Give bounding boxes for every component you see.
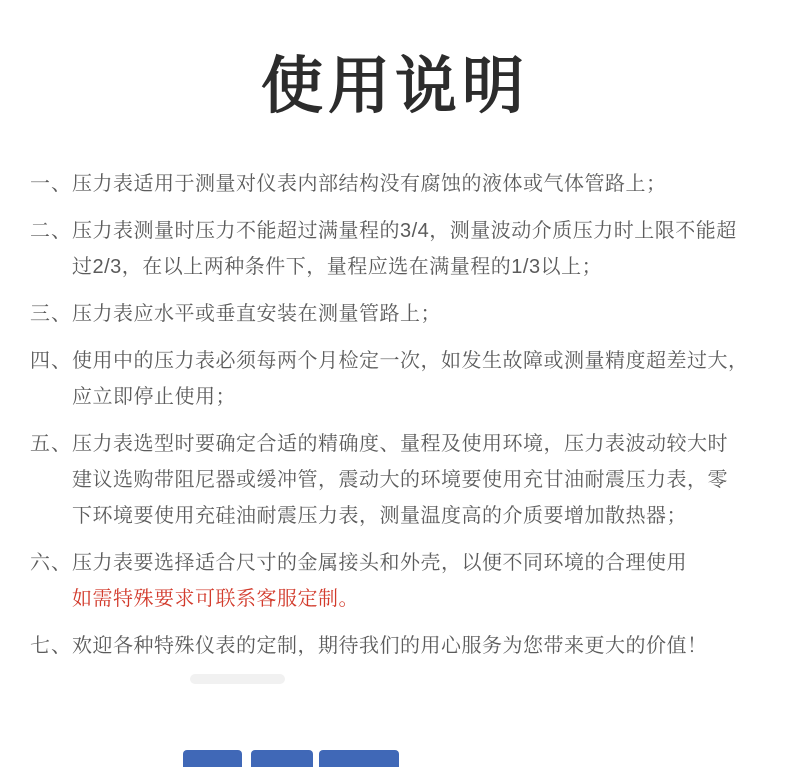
item-text-line: 压力表应水平或垂直安装在测量管路上； xyxy=(72,296,772,332)
item-text: 欢迎各种特殊仪表的定制，期待我们的用心服务为您带来更大的价值！ xyxy=(72,628,772,664)
instruction-item-2: 二、压力表测量时压力不能超过满量程的3/4，测量波动介质压力时上限不能超过2/3… xyxy=(30,213,772,285)
item-text: 使用中的压力表必须每两个月检定一次，如发生故障或测量精度超差过大，应立即停止使用… xyxy=(72,343,772,415)
item-text: 压力表要选择适合尺寸的金属接头和外壳，以便不同环境的合理使用如需特殊要求可联系客… xyxy=(72,545,772,617)
item-number: 二、 xyxy=(30,213,72,249)
partial-badge-3 xyxy=(319,750,399,767)
instruction-item-7: 七、欢迎各种特殊仪表的定制，期待我们的用心服务为您带来更大的价值！ xyxy=(30,628,772,664)
item-number: 七、 xyxy=(30,628,72,664)
usage-instructions-sheet: 使用说明 一、压力表适用于测量对仪表内部结构没有腐蚀的液体或气体管路上；二、压力… xyxy=(0,0,790,767)
item-text-line: 使用中的压力表必须每两个月检定一次，如发生故障或测量精度超差过大， xyxy=(72,343,772,379)
item-text-line: 压力表适用于测量对仪表内部结构没有腐蚀的液体或气体管路上； xyxy=(72,166,772,202)
partial-badge-1 xyxy=(183,750,242,767)
item-text-line: 欢迎各种特殊仪表的定制，期待我们的用心服务为您带来更大的价值！ xyxy=(72,628,772,664)
instruction-item-4: 四、使用中的压力表必须每两个月检定一次，如发生故障或测量精度超差过大，应立即停止… xyxy=(30,343,772,415)
item-number: 五、 xyxy=(30,426,72,462)
page-title: 使用说明 xyxy=(0,0,790,126)
item-text-line: 压力表测量时压力不能超过满量程的3/4，测量波动介质压力时上限不能超 xyxy=(72,213,772,249)
instruction-item-3: 三、压力表应水平或垂直安装在测量管路上； xyxy=(30,296,772,332)
item-text: 压力表测量时压力不能超过满量程的3/4，测量波动介质压力时上限不能超过2/3，在… xyxy=(72,213,772,285)
item-number: 四、 xyxy=(30,343,72,379)
partial-badges-row xyxy=(0,750,790,767)
custom-service-note: 如需特殊要求可联系客服定制。 xyxy=(72,581,772,617)
item-text-line: 过2/3，在以上两种条件下，量程应选在满量程的1/3以上； xyxy=(72,249,772,285)
item-text-line: 应立即停止使用； xyxy=(72,379,772,415)
item-text-line: 压力表要选择适合尺寸的金属接头和外壳，以便不同环境的合理使用 xyxy=(72,545,772,581)
instruction-item-5: 五、压力表选型时要确定合适的精确度、量程及使用环境，压力表波动较大时建议选购带阻… xyxy=(30,426,772,534)
item-number: 六、 xyxy=(30,545,72,581)
item-text: 压力表应水平或垂直安装在测量管路上； xyxy=(72,296,772,332)
item-text: 压力表适用于测量对仪表内部结构没有腐蚀的液体或气体管路上； xyxy=(72,166,772,202)
item-text: 压力表选型时要确定合适的精确度、量程及使用环境，压力表波动较大时建议选购带阻尼器… xyxy=(72,426,772,534)
item-text-line: 压力表选型时要确定合适的精确度、量程及使用环境，压力表波动较大时 xyxy=(72,426,772,462)
item-text-line: 下环境要使用充硅油耐震压力表，测量温度高的介质要增加散热器； xyxy=(72,498,772,534)
instruction-page: { "title": "使用说明", "instructions": [ { "… xyxy=(0,0,790,767)
item-number: 三、 xyxy=(30,296,72,332)
item-number: 一、 xyxy=(30,166,72,202)
partial-badge-2 xyxy=(251,750,313,767)
item-text-line: 建议选购带阻尼器或缓冲管，震动大的环境要使用充甘油耐震压力表，零 xyxy=(72,462,772,498)
ghost-mark xyxy=(190,674,285,684)
instruction-list: 一、压力表适用于测量对仪表内部结构没有腐蚀的液体或气体管路上；二、压力表测量时压… xyxy=(0,166,790,664)
instruction-item-1: 一、压力表适用于测量对仪表内部结构没有腐蚀的液体或气体管路上； xyxy=(30,166,772,202)
instruction-item-6: 六、压力表要选择适合尺寸的金属接头和外壳，以便不同环境的合理使用如需特殊要求可联… xyxy=(30,545,772,617)
